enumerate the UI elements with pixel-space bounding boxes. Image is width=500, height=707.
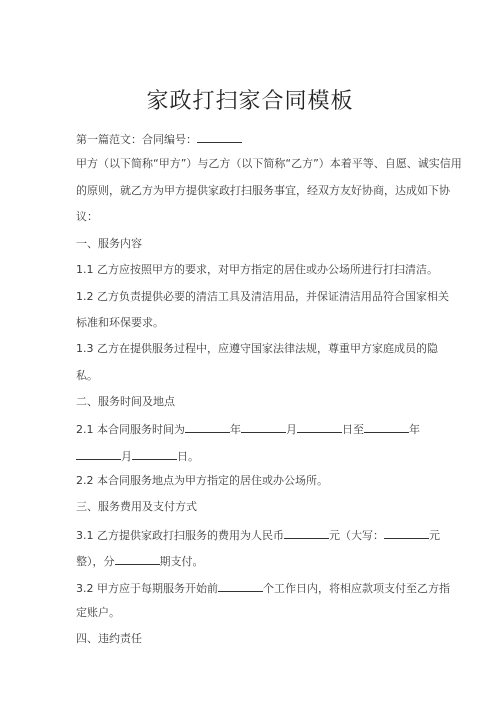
clause-3-1-line-1: 3.1 乙方提供家政打扫服务的费用为人民币元（大写：元 — [76, 527, 440, 543]
clause-1-2-line-2: 标准和环保要求。 — [76, 316, 164, 330]
intro-paragraph-line-1: 甲方（以下简称“甲方”）与乙方（以下简称“乙方”）本着平等、自愿、诚实信用 — [76, 157, 462, 171]
clause-3-1-line-2: 整），分期支付。 — [76, 553, 204, 569]
month-label: 月 — [121, 450, 132, 463]
section-3-heading: 三、服务费用及支付方式 — [76, 500, 197, 514]
section-1-heading: 一、服务内容 — [76, 237, 142, 251]
working-days-blank — [218, 580, 263, 592]
intro-paragraph-line-3: 议： — [76, 210, 98, 224]
installments-blank — [115, 553, 160, 565]
clause-3-2-suffix: 个工作日内，将相应款项支付至乙方指 — [263, 582, 450, 595]
clause-3-2-line-1: 3.2 甲方应于每期服务开始前个工作日内，将相应款项支付至乙方指 — [76, 580, 450, 596]
end-month-blank — [76, 448, 121, 460]
year-label: 年 — [409, 423, 420, 436]
month-label: 月 — [286, 423, 297, 436]
start-year-blank — [185, 421, 230, 433]
clause-3-1-prefix: 3.1 乙方提供家政打扫服务的费用为人民币 — [76, 529, 284, 542]
clause-3-2-line-2: 定账户。 — [76, 606, 120, 620]
start-day-blank — [297, 421, 342, 433]
clause-1-3-line-1: 1.3 乙方在提供服务过程中，应遵守国家法律法规，尊重甲方家庭成员的隐 — [76, 342, 438, 356]
contract-number-blank — [197, 131, 242, 143]
day-end-label: 日。 — [177, 450, 199, 463]
installments-prefix: 整），分 — [76, 555, 115, 568]
section-2-heading: 二、服务时间及地点 — [76, 395, 175, 409]
installments-suffix: 期支付。 — [160, 555, 204, 568]
year-label: 年 — [230, 423, 241, 436]
fee-capital-blank — [384, 527, 429, 539]
clause-3-2-prefix: 3.2 甲方应于每期服务开始前 — [76, 582, 218, 595]
fee-amount-blank — [284, 527, 329, 539]
clause-1-1: 1.1 乙方应按照甲方的要求，对甲方指定的居住或办公场所进行打扫清洁。 — [76, 263, 438, 277]
section-4-heading: 四、违约责任 — [76, 632, 142, 646]
clause-2-2: 2.2 本合同服务地点为甲方指定的居住或办公场所。 — [76, 474, 328, 488]
end-year-blank — [364, 421, 409, 433]
intro-paragraph-line-2: 的原则，就乙方为甲方提供家政打扫服务事宜，经双方友好协商，达成如下协 — [76, 184, 450, 198]
day-to-label: 日至 — [342, 423, 364, 436]
contract-number-line: 第一篇范文：合同编号： — [76, 131, 242, 147]
end-day-blank — [132, 448, 177, 460]
clause-2-1-line-1: 2.1 本合同服务时间为年月日至年 — [76, 421, 420, 437]
start-month-blank — [241, 421, 286, 433]
clause-1-2-line-1: 1.2 乙方负责提供必要的清洁工具及清洁用品，并保证清洁用品符合国家相关 — [76, 290, 449, 304]
document-title: 家政打扫家合同模板 — [0, 84, 500, 115]
clause-1-3-line-2: 私。 — [76, 369, 98, 383]
fee-capital-label: 元（大写： — [329, 529, 384, 542]
clause-2-1-prefix: 2.1 本合同服务时间为 — [76, 423, 185, 436]
clause-2-1-line-2: 月日。 — [76, 448, 199, 464]
yuan-label: 元 — [429, 529, 440, 542]
contract-number-label: 第一篇范文：合同编号： — [76, 133, 197, 146]
